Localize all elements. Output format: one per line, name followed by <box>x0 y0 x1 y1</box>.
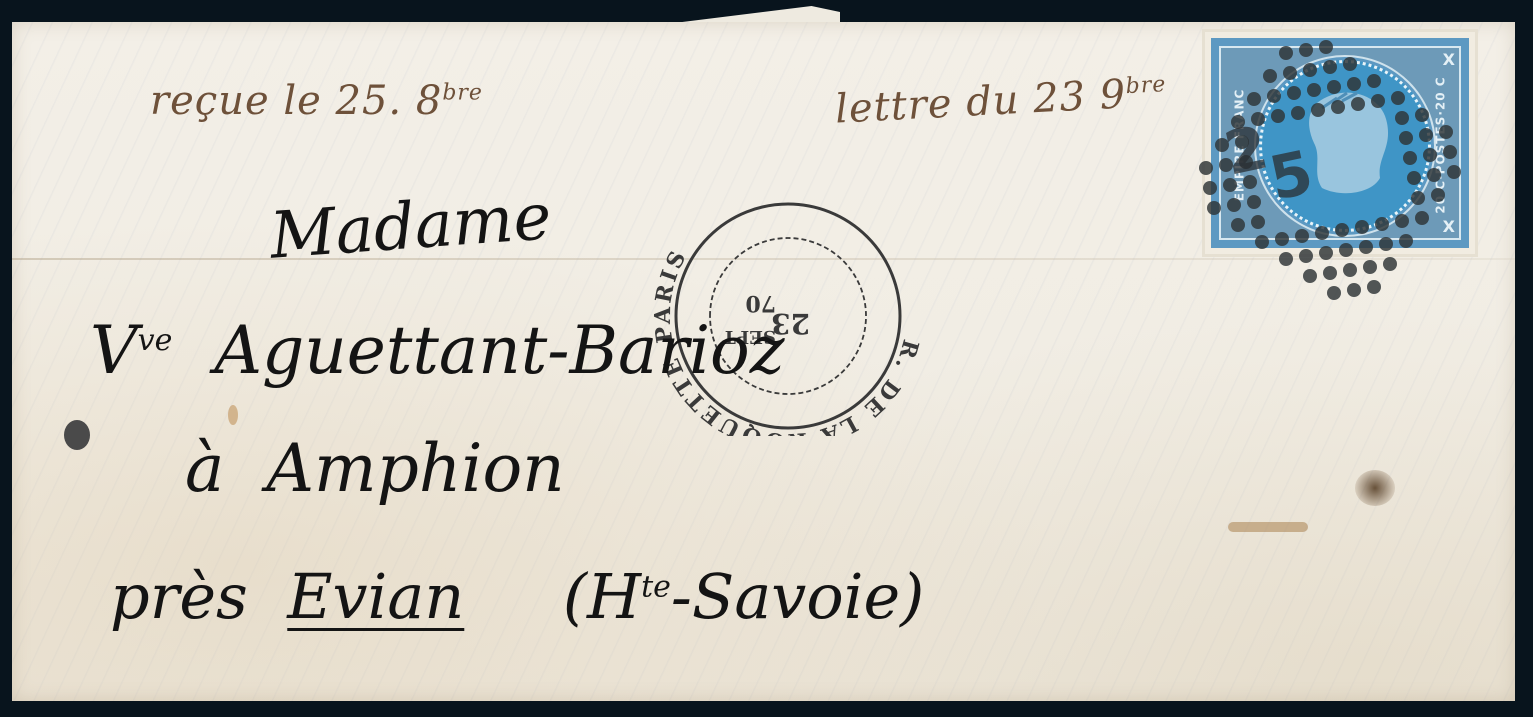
address-line-name: Vve Aguettant-Barioz <box>90 312 785 389</box>
town-underlined: Evian <box>287 560 464 633</box>
address-line-town: près Evian (Hte-Savoie) <box>110 560 924 633</box>
svg-text:5: 5 <box>1264 138 1319 215</box>
address-line-place: à Amphion <box>185 430 565 507</box>
